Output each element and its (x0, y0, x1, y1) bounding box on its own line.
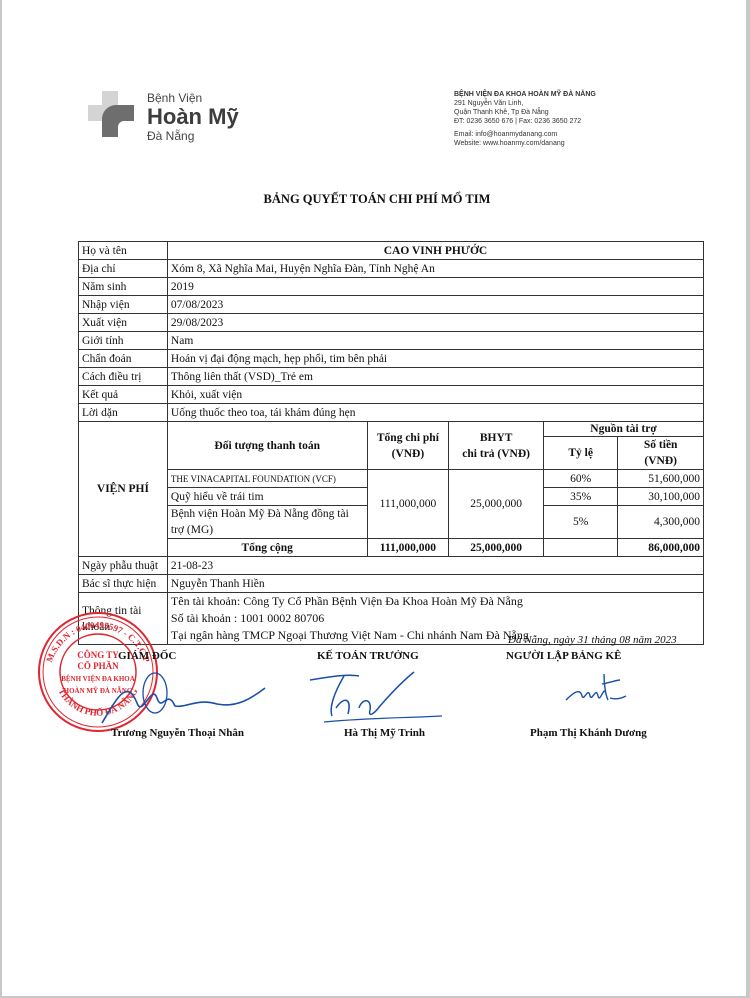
patient-info-row: Nhập viện07/08/2023 (79, 296, 704, 314)
patient-info-row: Chẩn đoánHoán vị đại động mạch, hẹp phổi… (79, 350, 704, 368)
payer-header: Đối tượng thanh toán (167, 422, 367, 470)
totals-ratio-empty (544, 539, 618, 557)
fees-section-label: VIỆN PHÍ (79, 422, 168, 557)
preparer-name: Phạm Thị Khánh Dương (530, 727, 647, 739)
accountant-name: Hà Thị Mỹ Trinh (344, 727, 425, 739)
accountant-signature-icon (304, 668, 444, 724)
field-label: Lời dặn (79, 404, 168, 422)
field-value: 29/08/2023 (167, 314, 703, 332)
field-value: CAO VINH PHƯỚC (167, 242, 703, 260)
totals-insurance: 25,000,000 (449, 539, 544, 557)
totals-amount: 86,000,000 (618, 539, 704, 557)
field-label: Nhập viện (79, 296, 168, 314)
account-name: Tên tài khoản: Công Ty Cổ Phần Bệnh Viện… (171, 593, 700, 610)
sponsor-name: THE VINACAPITAL FOUNDATION (VCF) (167, 470, 367, 488)
patient-info-row: Cách điều trịThông liên thất (VSD)_Trẻ e… (79, 368, 704, 386)
totals-row: Tổng cộng 111,000,000 25,000,000 86,000,… (79, 539, 704, 557)
sponsor-amount: 30,100,000 (618, 488, 704, 506)
field-label: Xuất viện (79, 314, 168, 332)
hospital-name: BỆNH VIỆN ĐA KHOA HOÀN MỸ ĐÀ NẴNG (454, 90, 596, 99)
sponsor-row: THE VINACAPITAL FOUNDATION (VCF) 111,000… (79, 470, 704, 488)
document-page: Bệnh Viện Hoàn Mỹ Đà Nẵng BỆNH VIỆN ĐA K… (2, 0, 746, 996)
total-cost-value: 111,000,000 (367, 470, 449, 539)
brand-line-1: Bệnh Viện (147, 91, 239, 105)
sponsor-ratio: 5% (544, 506, 618, 539)
field-value: Khỏi, xuất viện (167, 386, 703, 404)
insurance-value: 25,000,000 (449, 470, 544, 539)
accountant-title: KẾ TOÁN TRƯỞNG (317, 650, 419, 662)
director-signature-icon (97, 668, 267, 728)
phone-fax: ĐT: 0236 3650 676 | Fax: 0236 3650 272 (454, 117, 596, 126)
patient-info-row: Địa chỉXóm 8, Xã Nghĩa Mai, Huyện Nghĩa … (79, 260, 704, 278)
field-value: Hoán vị đại động mạch, hẹp phổi, tim bên… (167, 350, 703, 368)
document-title: BẢNG QUYẾT TOÁN CHI PHÍ MỔ TIM (2, 192, 750, 207)
sponsor-ratio: 35% (544, 488, 618, 506)
account-number: Số tài khoản : 1001 0002 80706 (171, 610, 700, 627)
patient-info-row: Lời dặnUống thuốc theo toa, tái khám đún… (79, 404, 704, 422)
doctor-value: Nguyễn Thanh Hiền (167, 575, 703, 593)
amount-header: Số tiền(VNĐ) (618, 437, 704, 470)
patient-info-row: Họ và tênCAO VINH PHƯỚC (79, 242, 704, 260)
totals-cost: 111,000,000 (367, 539, 449, 557)
contact-block: BỆNH VIỆN ĐA KHOA HOÀN MỸ ĐÀ NẴNG 291 Ng… (454, 90, 596, 148)
surgery-date-label: Ngày phẫu thuật (79, 557, 168, 575)
brand-name: Bệnh Viện Hoàn Mỹ Đà Nẵng (147, 91, 239, 143)
insurance-header: BHYTchi trả (VNĐ) (449, 422, 544, 470)
field-label: Cách điều trị (79, 368, 168, 386)
signing-date: Đà Nẵng, ngày 31 tháng 08 năm 2023 (508, 634, 677, 646)
brand-line-2: Hoàn Mỹ (147, 105, 239, 129)
field-value: Thông liên thất (VSD)_Trẻ em (167, 368, 703, 386)
email: Email: info@hoanmydanang.com (454, 130, 596, 139)
field-value: 07/08/2023 (167, 296, 703, 314)
address-line-2: Quận Thanh Khê, Tp Đà Nẵng (454, 108, 596, 117)
sponsor-ratio: 60% (544, 470, 618, 488)
hospital-cross-logo-icon (88, 91, 134, 137)
sponsor-amount: 51,600,000 (618, 470, 704, 488)
field-label: Giới tính (79, 332, 168, 350)
director-title: GIÁM ĐỐC (118, 650, 176, 662)
field-label: Họ và tên (79, 242, 168, 260)
field-value: 2019 (167, 278, 703, 296)
field-label: Địa chỉ (79, 260, 168, 278)
doctor-label: Bác sĩ thực hiện (79, 575, 168, 593)
totals-label: Tổng cộng (167, 539, 367, 557)
brand-line-3: Đà Nẵng (147, 129, 239, 143)
field-label: Kết quả (79, 386, 168, 404)
field-label: Chẩn đoán (79, 350, 168, 368)
total-cost-header: Tổng chi phí(VNĐ) (367, 422, 449, 470)
funding-header: Nguồn tài trợ (544, 422, 704, 437)
field-value: Xóm 8, Xã Nghĩa Mai, Huyện Nghĩa Đàn, Tỉ… (167, 260, 703, 278)
patient-info-row: Xuất viện29/08/2023 (79, 314, 704, 332)
settlement-table: Họ và tênCAO VINH PHƯỚCĐịa chỉXóm 8, Xã … (78, 241, 704, 645)
patient-info-row: Năm sinh2019 (79, 278, 704, 296)
sponsor-name: Bệnh viện Hoàn Mỹ Đà Nẵng đồng tài trợ (… (167, 506, 367, 539)
website: Website: www.hoanmy.com/danang (454, 139, 596, 148)
preparer-title: NGƯỜI LẬP BẢNG KÊ (506, 650, 621, 662)
svg-text:CÔNG TY: CÔNG TY (77, 650, 119, 660)
surgery-date-value: 21-08-23 (167, 557, 703, 575)
patient-info-row: Giới tínhNam (79, 332, 704, 350)
preparer-signature-icon (562, 670, 642, 710)
field-value: Nam (167, 332, 703, 350)
sponsor-amount: 4,300,000 (618, 506, 704, 539)
sponsor-name: Quỹ hiểu về trái tim (167, 488, 367, 506)
ratio-header: Tỷ lệ (544, 437, 618, 470)
field-value: Uống thuốc theo toa, tái khám đúng hẹn (167, 404, 703, 422)
address-line-1: 291 Nguyễn Văn Linh, (454, 99, 596, 108)
director-name: Trương Nguyễn Thoại Nhân (111, 727, 244, 739)
patient-info-row: Kết quảKhỏi, xuất viện (79, 386, 704, 404)
field-label: Năm sinh (79, 278, 168, 296)
